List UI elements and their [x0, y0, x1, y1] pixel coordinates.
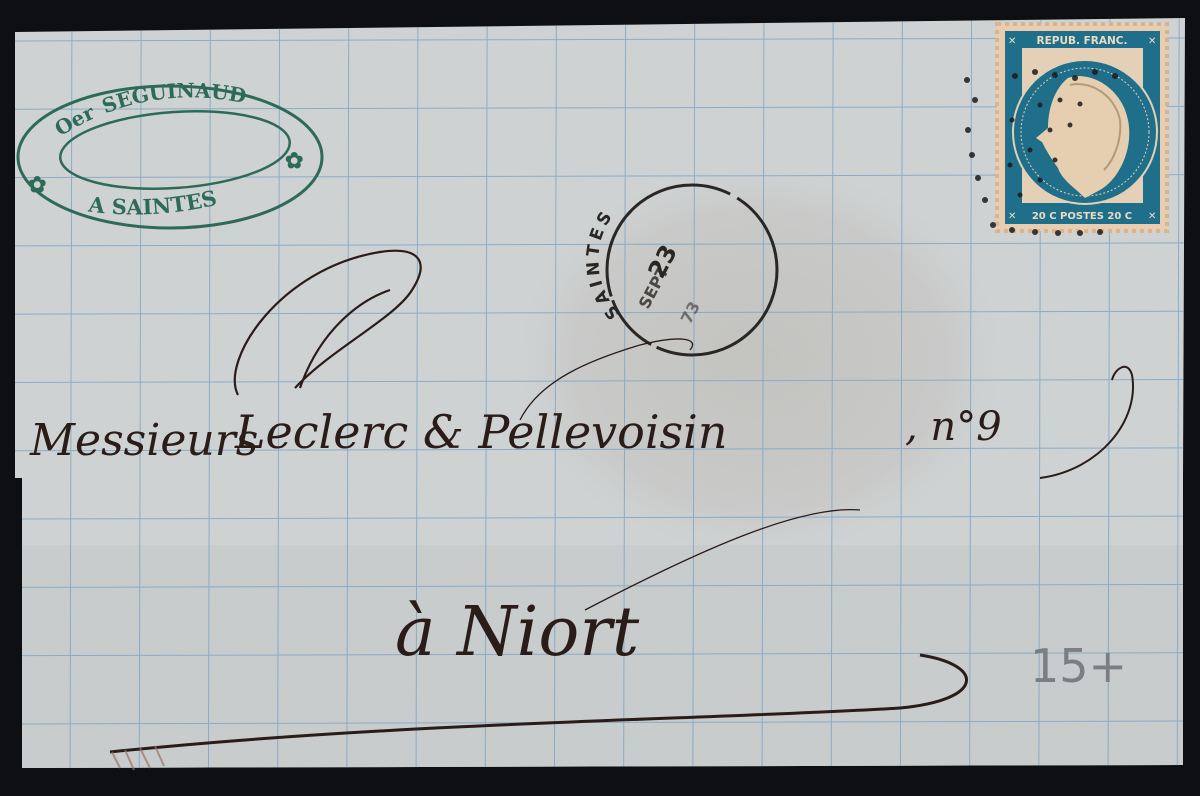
address-names: Leclerc & Pellevoisin: [234, 405, 728, 459]
svg-text:✕: ✕: [1148, 211, 1156, 222]
fleuron-icon: ✿: [28, 172, 46, 198]
letter-scene: OerSEGUINAUD A SAINTES ✿ ✿ SAINTES 23 SE…: [0, 0, 1200, 796]
address-salutation: Messieurs: [29, 415, 258, 466]
stamp-top-label: REPUB. FRANC.: [1037, 35, 1128, 47]
stamp-bottom-label: 20 C POSTES 20 C: [1032, 211, 1132, 222]
svg-text:✕: ✕: [1148, 36, 1156, 47]
pencil-note: 15+: [1030, 639, 1127, 693]
svg-text:✕: ✕: [1008, 36, 1016, 47]
svg-text:✕: ✕: [1008, 211, 1016, 222]
fleuron-icon: ✿: [285, 148, 303, 174]
address-city: à Niort: [395, 593, 640, 672]
address-number: , n°9: [905, 404, 1002, 450]
